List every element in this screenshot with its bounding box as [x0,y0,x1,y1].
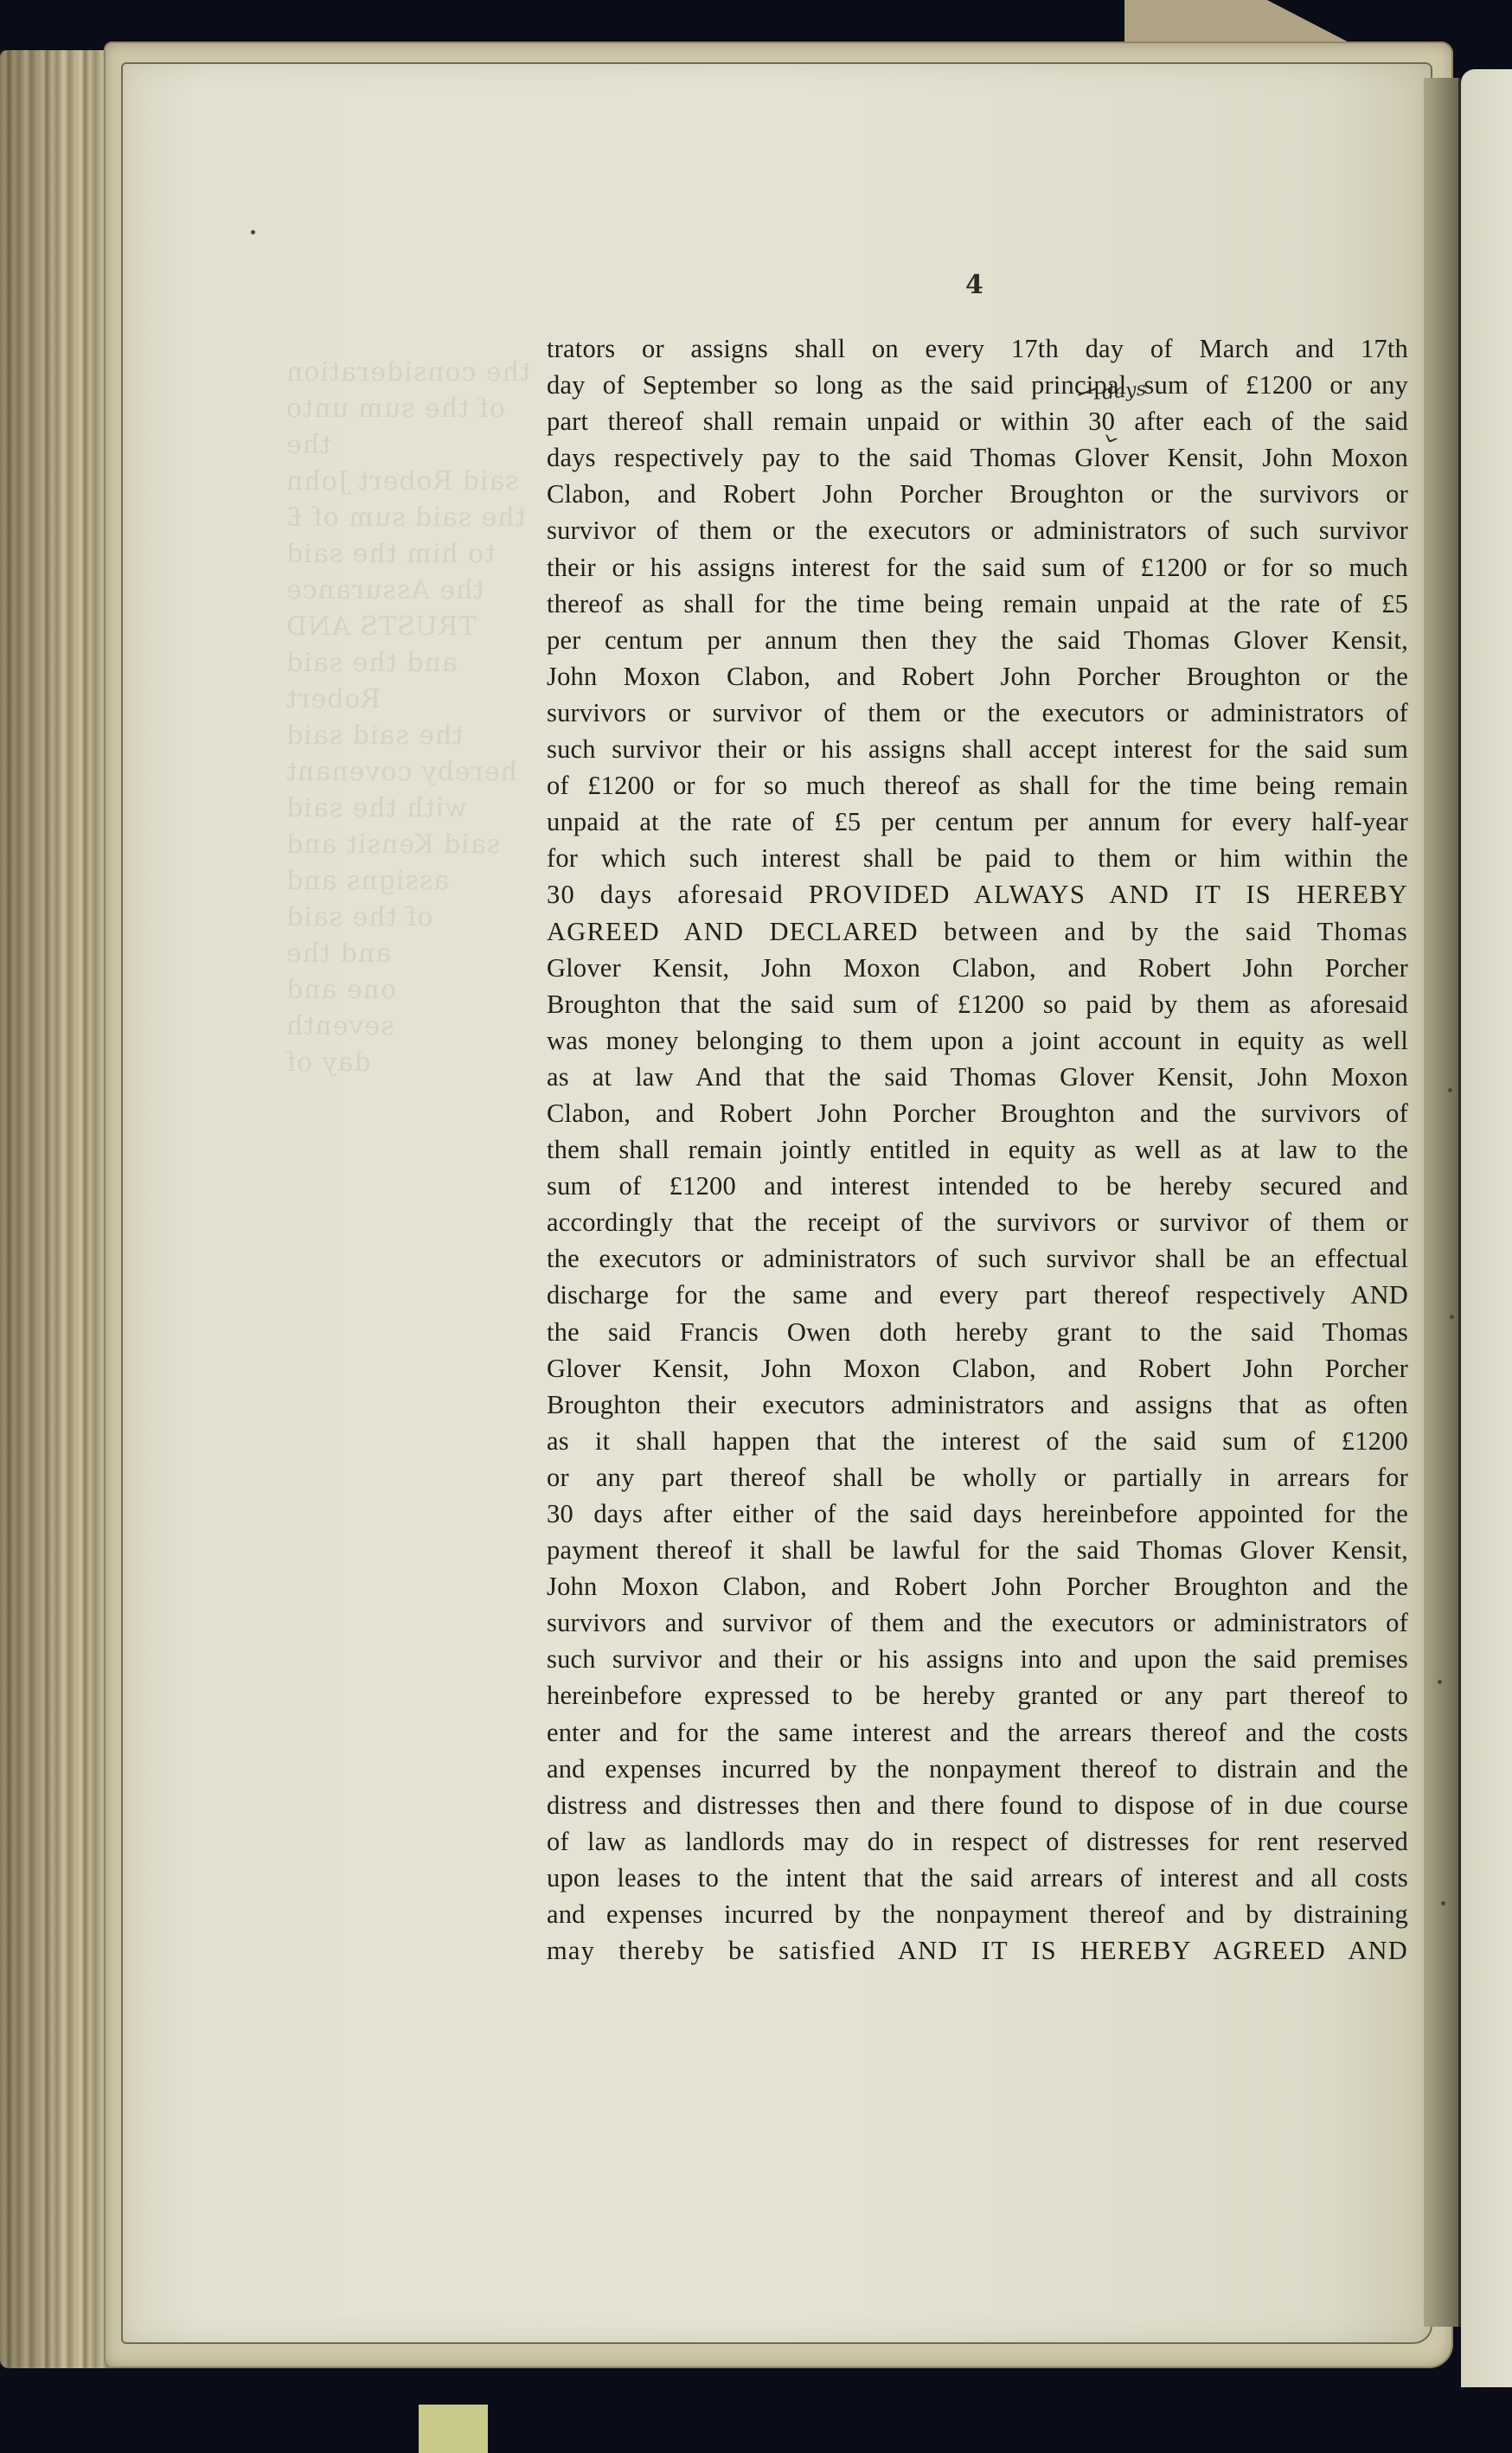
text-line: as at law And that the said Thomas Glove… [547,1059,1408,1095]
text-line: John Moxon Clabon, and Robert John Porch… [547,658,1408,695]
text-line: per centum per annum then they the said … [547,622,1408,658]
text-line: Clabon, and Robert John Porcher Broughto… [547,1095,1408,1131]
text-line: enter and for the same interest and the … [547,1714,1408,1751]
scanned-book-scene: the consideration of the sum unto the sa… [0,0,1512,2453]
text-line: accordingly that the receipt of the surv… [547,1204,1408,1240]
text-line: such survivor and their or his assigns i… [547,1641,1408,1677]
gutter-line [1458,78,1461,2327]
text-line: the executors or administrators of such … [547,1240,1408,1277]
text-line: the said Francis Owen doth hereby grant … [547,1314,1408,1350]
text-line: John Moxon Clabon, and Robert John Porch… [547,1568,1408,1604]
text-line: hereinbefore expressed to be hereby gran… [547,1677,1408,1713]
text-line: and expenses incurred by the nonpayment … [547,1751,1408,1787]
text-line: days respectively pay to the said Thomas… [547,439,1408,476]
text-line: Broughton that the said sum of £1200 so … [547,986,1408,1022]
text-line: discharge for the same and every part th… [547,1277,1408,1313]
background-patch [419,2405,488,2453]
text-line: trators or assigns shall on every 17th d… [547,330,1408,367]
paper-speck [1450,1315,1454,1319]
text-line: payment thereof it shall be lawful for t… [547,1532,1408,1568]
bleed-through-text: the consideration of the sum unto the sa… [285,355,536,1998]
text-line: of £1200 or for so much thereof as shall… [547,767,1408,804]
text-line: survivors and survivor of them and the e… [547,1604,1408,1641]
text-line: and expenses incurred by the nonpayment … [547,1896,1408,1932]
text-line: day of September so long as the said pri… [547,367,1408,403]
text-line: of law as landlords may do in respect of… [547,1823,1408,1860]
text-line: sum of £1200 and interest intended to be… [547,1168,1408,1204]
text-line: thereof as shall for the time being rema… [547,586,1408,622]
text-line: upon leases to the intent that the said … [547,1860,1408,1896]
text-line: or any part thereof shall be wholly or p… [547,1459,1408,1495]
text-line: Clabon, and Robert John Porcher Broughto… [547,476,1408,512]
text-line: distress and distresses then and there f… [547,1787,1408,1823]
text-line: survivors or survivor of them or the exe… [547,695,1408,731]
text-line: part thereof shall remain unpaid or with… [547,403,1408,439]
text-line-provided-always: 30 days aforesaid PROVIDED ALWAYS AND IT… [547,876,1408,913]
text-line: Glover Kensit, John Moxon Clabon, and Ro… [547,950,1408,986]
text-line: Broughton their executors administrators… [547,1387,1408,1423]
text-line-agreed-declared: AGREED AND DECLARED between and by the s… [547,913,1408,950]
book-gutter [1424,78,1458,2327]
paper-speck [1441,1901,1445,1905]
text-line: their or his assigns interest for the sa… [547,549,1408,586]
text-line: unpaid at the rate of £5 per centum per … [547,804,1408,840]
text-line: such survivor their or his assigns shall… [547,731,1408,767]
paper-speck [1438,1680,1442,1684]
text-line: Glover Kensit, John Moxon Clabon, and Ro… [547,1350,1408,1387]
text-line: for which such interest shall be paid to… [547,840,1408,876]
text-line: survivor of them or the executors or adm… [547,512,1408,548]
text-line: was money belonging to them upon a joint… [547,1022,1408,1059]
facing-page-sliver [1461,69,1512,2387]
deed-body-text: trators or assigns shall on every 17th d… [547,330,1408,1969]
text-line: them shall remain jointly entitled in eq… [547,1131,1408,1168]
paper-speck [1448,1088,1452,1092]
text-line: as it shall happen that the interest of … [547,1423,1408,1459]
text-line-final: may thereby be satisfied AND IT IS HEREB… [547,1932,1408,1969]
page-number: 4 [965,270,983,300]
text-line: 30 days after either of the said days he… [547,1495,1408,1532]
paper-speck [251,230,255,234]
